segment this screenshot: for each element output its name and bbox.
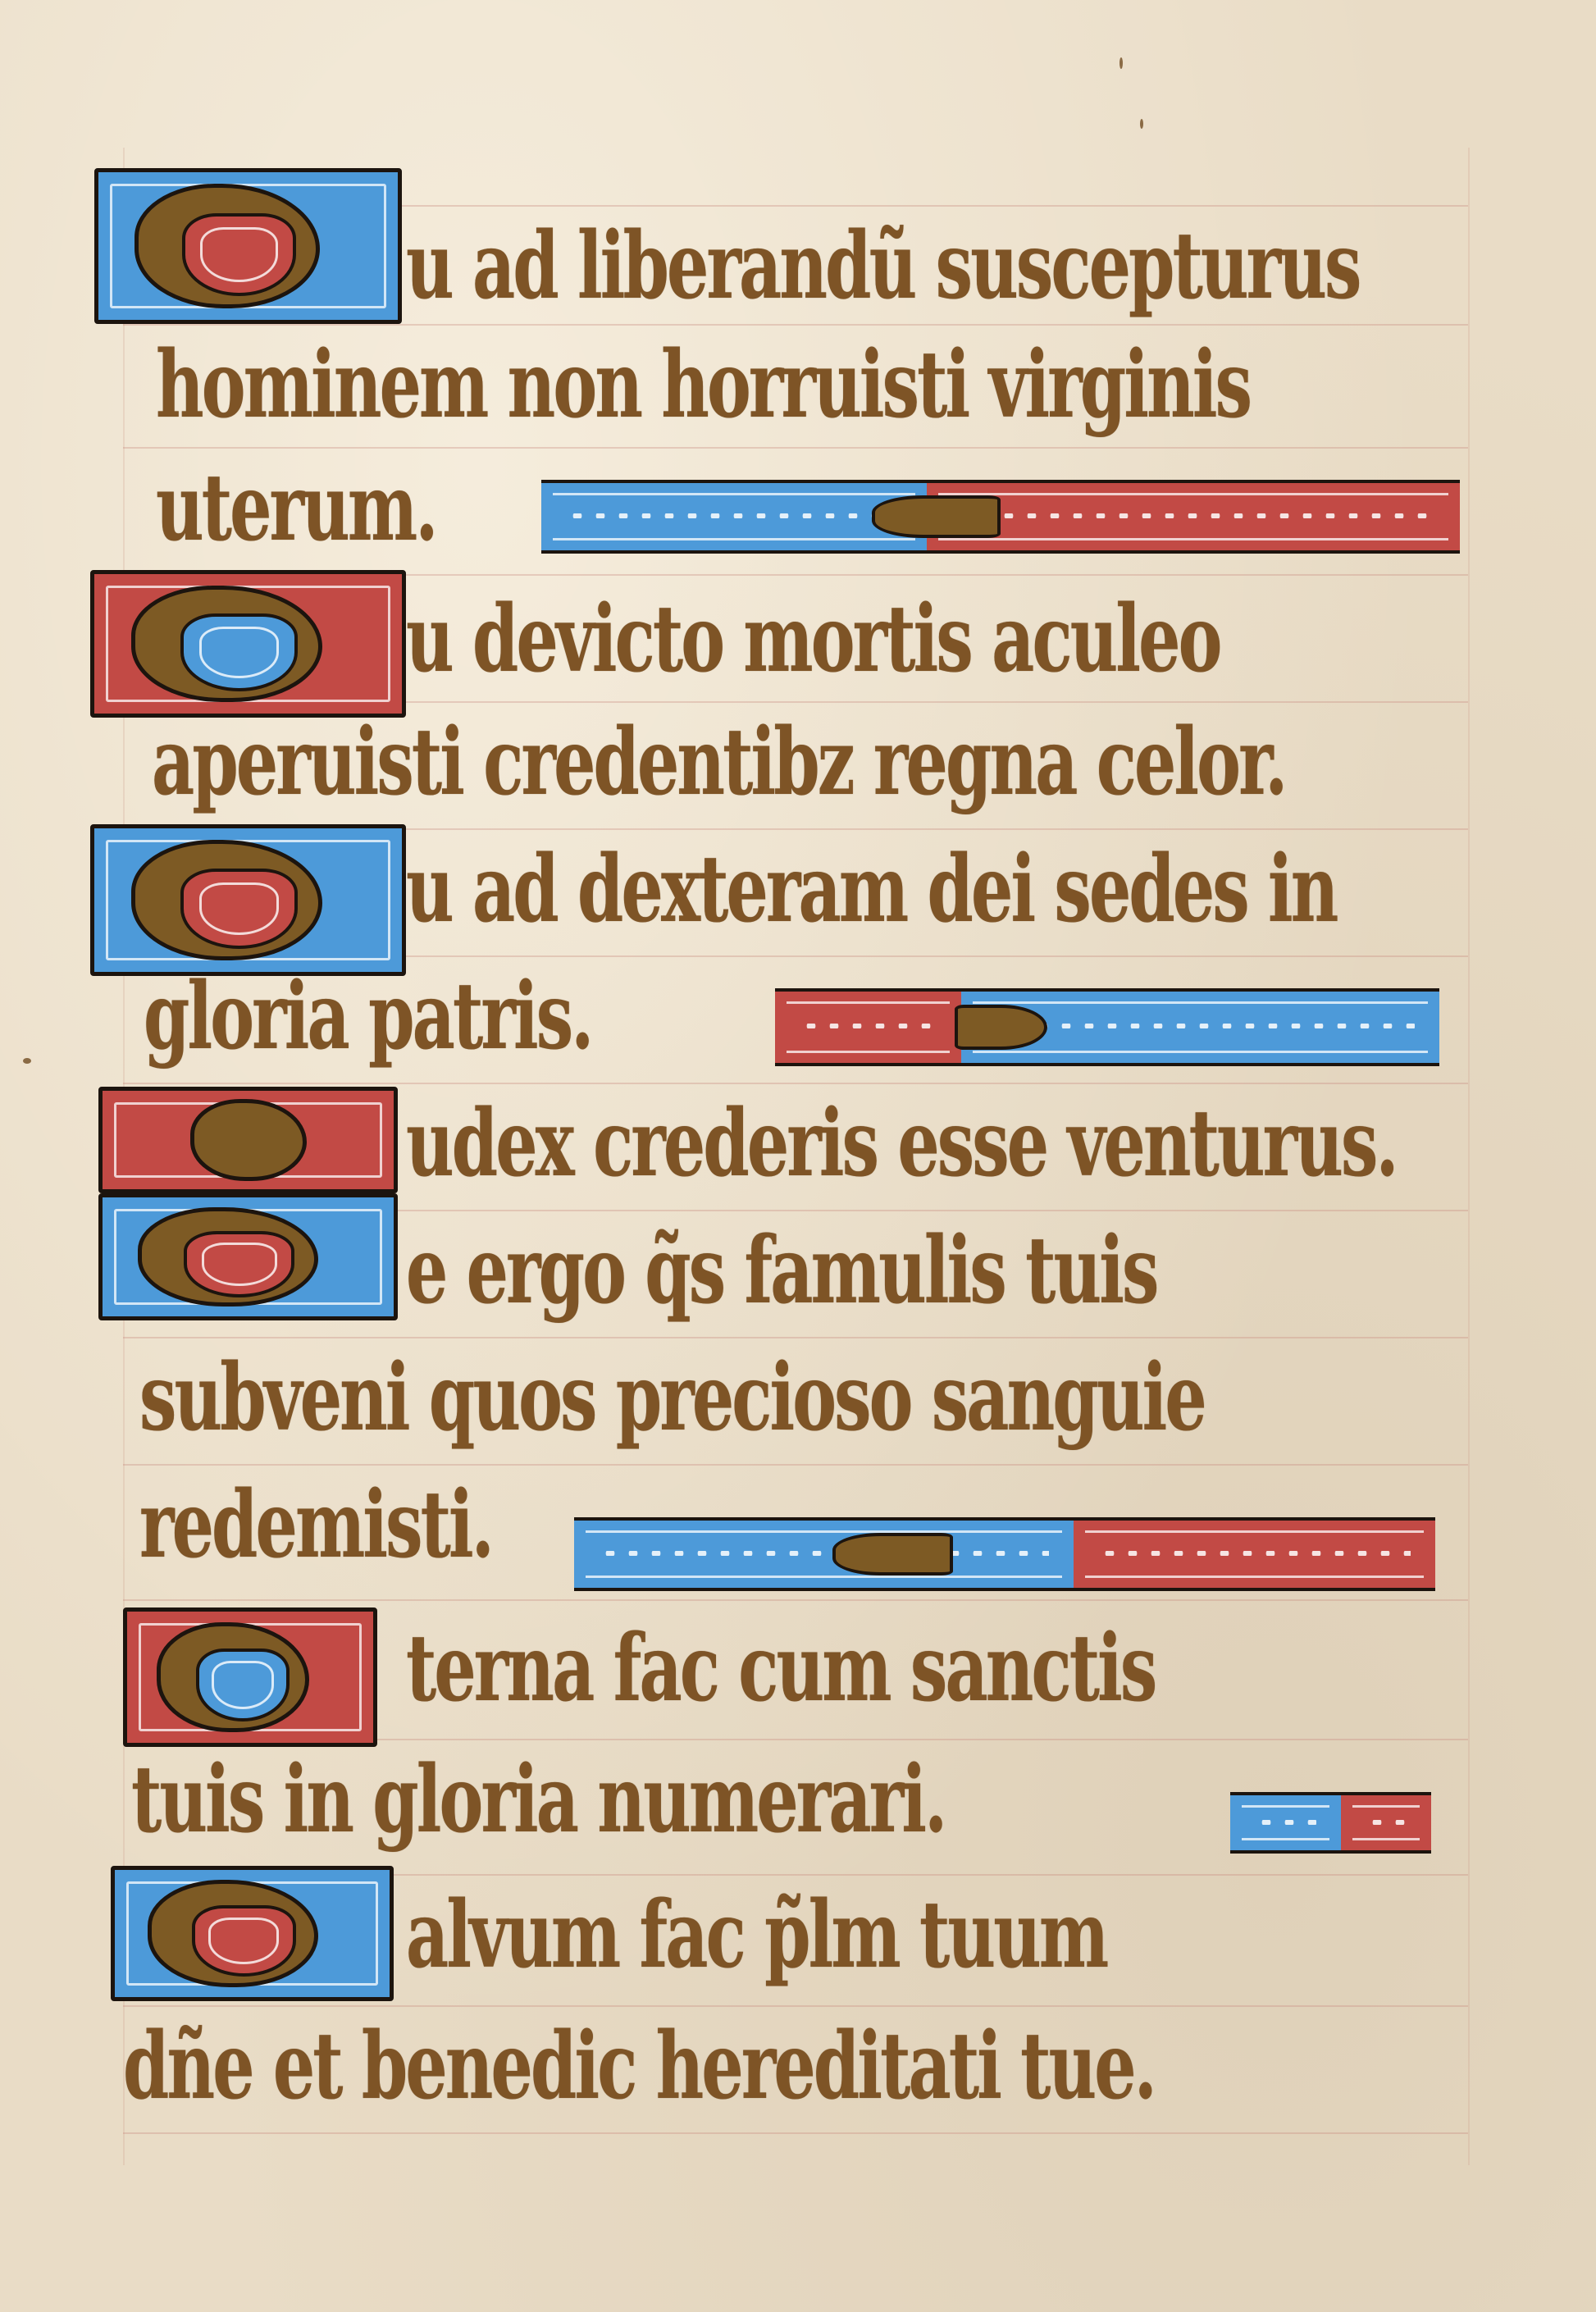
ruling-line bbox=[123, 2132, 1468, 2134]
text-line-12: terna fac cum sanctis bbox=[406, 1607, 1155, 1731]
initial-T-4: T bbox=[98, 1193, 398, 1320]
gold-ornament-icon bbox=[872, 495, 1001, 538]
line-filler-1 bbox=[541, 480, 1460, 554]
text-line-11: redemisti. bbox=[139, 1464, 492, 1587]
text-line-6: u ad dexteram dei sedes in bbox=[406, 828, 1337, 951]
text-line-8: udex crederis esse venturus. bbox=[406, 1083, 1397, 1206]
text-line-5: aperuisti credentibz regna celor. bbox=[152, 701, 1285, 824]
text-line-10: subveni quos precioso sanguie bbox=[139, 1337, 1205, 1460]
parchment-speck bbox=[1119, 57, 1123, 69]
initial-S: S bbox=[111, 1866, 394, 2001]
text-line-13: tuis in gloria numerari. bbox=[131, 1739, 945, 1862]
initial-E: E bbox=[123, 1607, 377, 1747]
vertical-ruling-right bbox=[1468, 148, 1470, 2165]
gold-letter-icon bbox=[190, 1099, 307, 1182]
line-filler-2 bbox=[775, 988, 1439, 1066]
text-line-15: dñe et benedic hereditati tue. bbox=[123, 2005, 1155, 2128]
line-filler-3 bbox=[574, 1517, 1435, 1591]
text-line-2: hominem non horruisti virginis bbox=[156, 324, 1250, 447]
line-filler-4 bbox=[1230, 1792, 1431, 1854]
parchment-speck bbox=[23, 1058, 31, 1064]
text-line-4: u devicto mortis aculeo bbox=[406, 578, 1220, 701]
ruling-line bbox=[123, 1599, 1468, 1601]
text-line-9: e ergo q̃s famulis tuis bbox=[406, 1210, 1156, 1333]
initial-I: I bbox=[98, 1087, 398, 1193]
manuscript-page: u ad liberandũ suscepturus hominem non … bbox=[0, 0, 1596, 2312]
text-line-14: alvum fac p̃lm tuum bbox=[406, 1874, 1106, 1997]
text-line-1: u ad liberandũ suscepturus bbox=[406, 205, 1360, 328]
initial-T-1: T bbox=[94, 168, 402, 324]
initial-T-3: T bbox=[90, 824, 406, 976]
gold-ornament-icon bbox=[955, 1005, 1047, 1051]
initial-T-2: T bbox=[90, 570, 406, 718]
gold-ornament-icon bbox=[832, 1533, 953, 1576]
parchment-speck bbox=[1140, 119, 1143, 129]
text-line-3: uterum. bbox=[156, 447, 436, 570]
